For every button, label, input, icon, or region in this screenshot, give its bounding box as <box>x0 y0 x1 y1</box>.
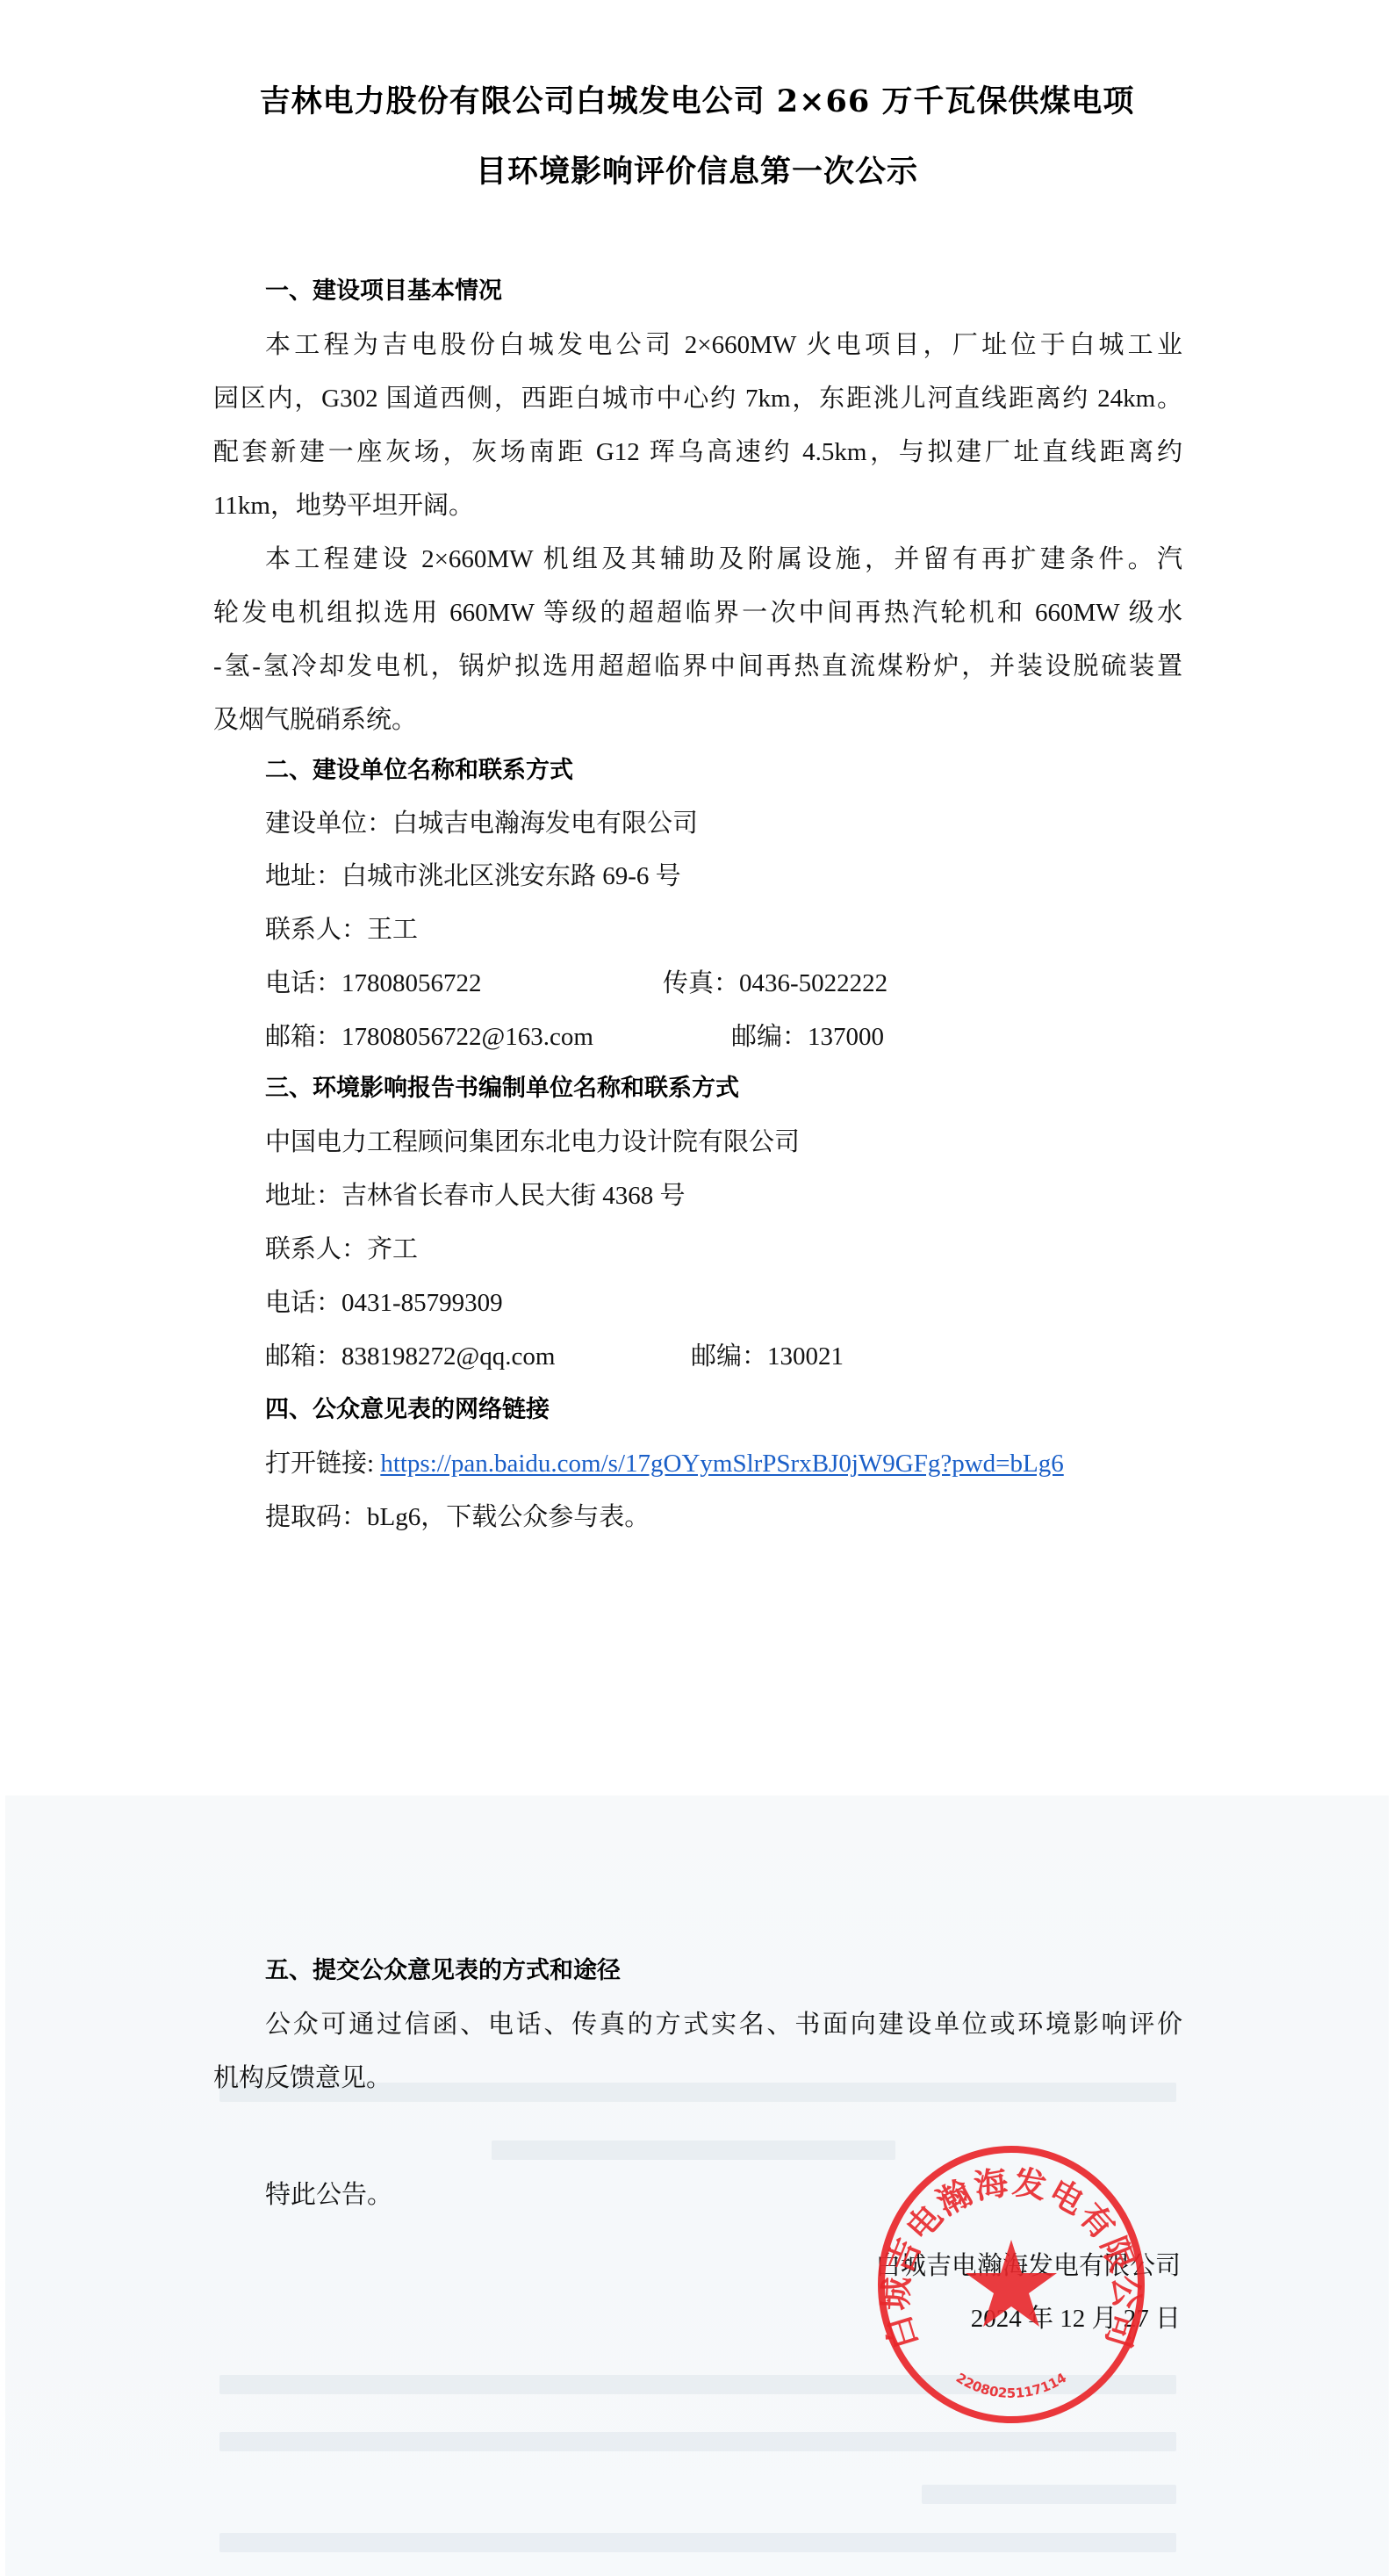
section4-heading: 四、公众意见表的网络链接 <box>265 1394 550 1426</box>
bleed-through-ghost <box>492 2141 895 2160</box>
bleed-through-ghost <box>219 2375 1176 2394</box>
extraction-code-line: 提取码：bLg6，下载公众参与表。 <box>265 1501 1182 1533</box>
section1-para1-line: 配套新建一座灰场，灰场南距 G12 珲乌高速约 4.5km，与拟建厂址直线距离约 <box>213 436 1182 468</box>
construction-unit-email: 邮箱：17808056722@163.com <box>265 1021 1182 1053</box>
eia-unit-phone: 电话：0431-85799309 <box>265 1287 1182 1319</box>
section2-heading: 二、建设单位名称和联系方式 <box>265 755 573 787</box>
section3-heading: 三、环境影响报告书编制单位名称和联系方式 <box>265 1073 739 1105</box>
section5-para-line: 公众可通过信函、电话、传真的方式实名、书面向建设单位或环境影响评价 <box>265 2009 1182 2040</box>
construction-unit-postcode: 邮编：137000 <box>731 1021 884 1053</box>
section1-para2-line: 及烟气脱硝系统。 <box>213 704 1182 736</box>
construction-unit-address: 地址：白城市洮北区洮安东路 69-6 号 <box>265 860 1182 892</box>
section1-para2-line: 本工程建设 2×660MW 机组及其辅助及附属设施，并留有再扩建条件。汽 <box>265 543 1182 575</box>
eia-unit-contact: 联系人：齐工 <box>265 1234 1182 1265</box>
construction-unit: 建设单位：白城吉电瀚海发电有限公司 <box>265 808 1182 839</box>
download-link-label: 打开链接: <box>265 1450 380 1478</box>
section1-heading: 一、建设项目基本情况 <box>265 276 502 307</box>
survey-download-link[interactable]: https://pan.baidu.com/s/17gOYymSlrPSrxBJ… <box>380 1450 1063 1478</box>
signature-date: 2024 年 12 月 27 日 <box>971 2303 1181 2335</box>
eia-unit-postcode: 邮编：130021 <box>691 1341 844 1372</box>
section5-para-line: 机构反馈意见。 <box>213 2062 1182 2094</box>
bleed-through-ghost <box>219 2533 1176 2552</box>
section1-para1-line: 园区内，G302 国道西侧，西距白城市中心约 7km，东距洮儿河直线距离约 24… <box>213 383 1182 414</box>
section1-para2-line: 轮发电机组拟选用 660MW 等级的超超临界一次中间再热汽轮机和 660MW 级… <box>213 597 1182 629</box>
section1-para2-line: -氢-氢冷却发电机，锅炉拟选用超超临界中间再热直流煤粉炉，并装设脱硫装置 <box>213 651 1182 682</box>
download-link-line: 打开链接: https://pan.baidu.com/s/17gOYymSlr… <box>265 1448 1182 1479</box>
section1-para1-line: 11km，地势平坦开阔。 <box>213 490 1182 522</box>
closing-notice: 特此公告。 <box>265 2179 1182 2211</box>
signer-company: 白城吉电瀚海发电有限公司 <box>875 2250 1181 2282</box>
document-title-line-1: 吉林电力股份有限公司白城发电公司 2×66 万千瓦保供煤电项 <box>0 77 1394 121</box>
section1-para1-line: 本工程为吉电股份白城发电公司 2×660MW 火电项目，厂址位于白城工业 <box>265 329 1182 361</box>
document-title-line-2: 目环境影响评价信息第一次公示 <box>0 148 1394 191</box>
construction-unit-fax: 传真：0436-5022222 <box>663 968 887 999</box>
eia-unit-address: 地址：吉林省长春市人民大街 4368 号 <box>265 1180 1182 1212</box>
construction-unit-contact: 联系人：王工 <box>265 914 1182 946</box>
bleed-through-ghost <box>922 2485 1176 2504</box>
eia-unit: 中国电力工程顾问集团东北电力设计院有限公司 <box>265 1126 1182 1158</box>
bleed-through-ghost <box>219 2432 1176 2451</box>
section5-heading: 五、提交公众意见表的方式和途径 <box>265 1955 621 1987</box>
